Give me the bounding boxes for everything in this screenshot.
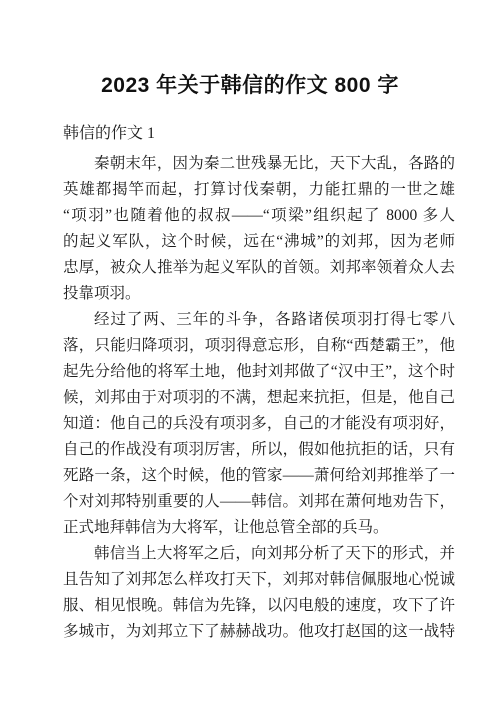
essay-paragraph: 韩信当上大将军之后，向刘邦分析了天下的形式，并且告知了刘邦怎么样攻打天下，刘邦对…	[63, 541, 455, 645]
essay-line: 正式地拜韩信为大将军，让他总管全部的兵马。	[63, 515, 455, 541]
essay-line: 经过了两、三年的斗争，各路诸侯项羽打得七零八	[63, 307, 455, 333]
essay-line: 投靠项羽。	[63, 281, 455, 307]
essay-line: 候，刘邦由于对项羽的不满，想起来抗拒，但是，他自己	[63, 385, 455, 411]
essay-line: 落，只能归降项羽，项羽得意忘形，自称“西楚霸王”，他	[63, 333, 455, 359]
essay-line: 个对刘邦特别重要的人——韩信。刘邦在萧何地劝告下，	[63, 489, 455, 515]
essay-line: 服、相见恨晚。韩信为先锋，以闪电般的速度，攻下了许	[63, 593, 455, 619]
essay-line: 的起义军队，这个时候，远在“沸城”的刘邦，因为老师	[63, 229, 455, 255]
essay-paragraphs: 秦朝末年，因为秦二世残暴无比，天下大乱，各路的英雄都揭竿而起，打算讨伐秦朝，力能…	[63, 151, 455, 645]
essay-paragraph: 经过了两、三年的斗争，各路诸侯项羽打得七零八落，只能归降项羽，项羽得意忘形，自称…	[63, 307, 455, 541]
essay-line: 忠厚，被众人推举为起义军队的首领。刘邦率领着众人去	[63, 255, 455, 281]
essay-line: 起先分给他的将军土地，他封刘邦做了“汉中王”，这个时	[63, 359, 455, 385]
essay-line: 秦朝末年，因为秦二世残暴无比，天下大乱，各路的	[63, 151, 455, 177]
essay-line: 韩信当上大将军之后，向刘邦分析了天下的形式，并	[63, 541, 455, 567]
document-page: 2023 年关于韩信的作文 800 字 韩信的作文 1 秦朝末年，因为秦二世残暴…	[0, 0, 500, 707]
essay-line: “项羽”也随着他的叔叔——“项梁”组织起了 8000 多人	[63, 203, 455, 229]
essay-line: 英雄都揭竿而起，打算讨伐秦朝，力能扛鼎的一世之雄	[63, 177, 455, 203]
essay-line: 知道：他自己的兵没有项羽多，自己的才能没有项羽好，	[63, 411, 455, 437]
essay-subtitle: 韩信的作文 1	[63, 124, 455, 144]
essay-line: 自己的作战没有项羽厉害，所以，假如他抗拒的话，只有	[63, 437, 455, 463]
essay-paragraph: 秦朝末年，因为秦二世残暴无比，天下大乱，各路的英雄都揭竿而起，打算讨伐秦朝，力能…	[63, 151, 455, 307]
essay-line: 多城市，为刘邦立下了赫赫战功。他攻打赵国的这一战特	[63, 619, 455, 645]
document-title: 2023 年关于韩信的作文 800 字	[0, 70, 500, 102]
essay-line: 且告知了刘邦怎么样攻打天下，刘邦对韩信佩服地心悦诚	[63, 567, 455, 593]
essay-body: 韩信的作文 1 秦朝末年，因为秦二世残暴无比，天下大乱，各路的英雄都揭竿而起，打…	[63, 124, 455, 645]
essay-line: 死路一条，这个时候，他的管家——萧何给刘邦推举了一	[63, 463, 455, 489]
